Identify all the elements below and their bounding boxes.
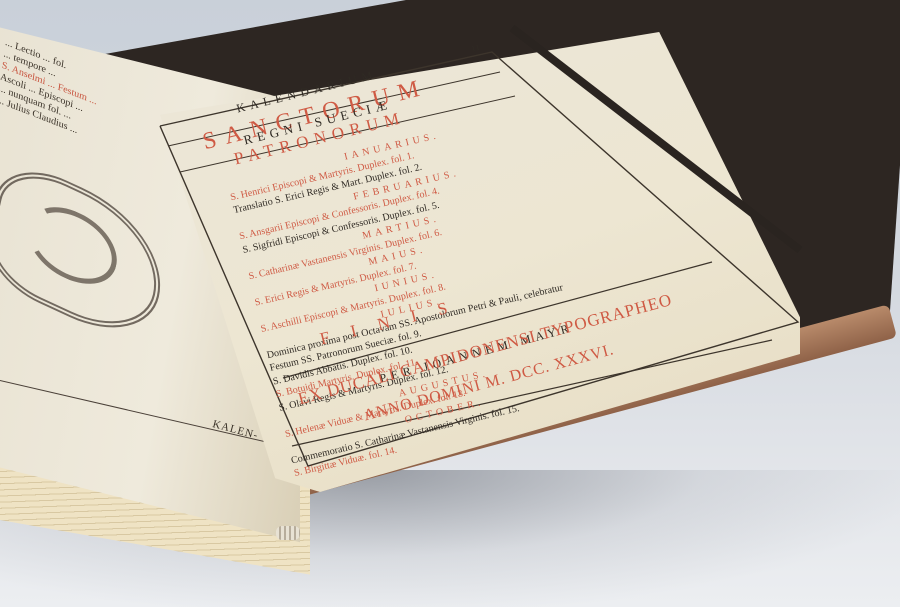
woodcut-ornament xyxy=(0,152,174,352)
spine-stitching xyxy=(276,526,300,540)
